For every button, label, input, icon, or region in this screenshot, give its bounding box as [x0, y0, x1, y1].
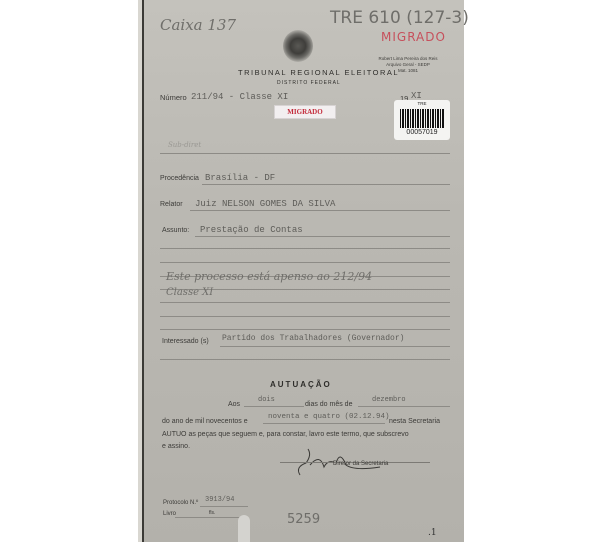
day-line — [244, 406, 304, 407]
blank-line — [160, 248, 450, 249]
barcode-number: 00057019 — [394, 129, 450, 136]
month-line — [358, 406, 450, 407]
relator-line — [190, 210, 450, 211]
assino-text: e assino. — [162, 443, 190, 450]
district-title: DISTRITO FEDERAL — [277, 80, 341, 86]
signer-title: Diretor da Secretaria — [333, 461, 388, 467]
protocolo-label: Protocolo N.º — [163, 500, 198, 506]
protocolo-value: 3913/94 — [205, 496, 234, 504]
relator-label: Relator — [160, 201, 183, 208]
numero-value: 211/94 - Classe XI — [191, 92, 288, 102]
coat-of-arms-icon — [283, 30, 313, 62]
procedencia-value: Brasília - DF — [205, 173, 275, 183]
dias-label: dias do mês de — [305, 401, 352, 408]
year-words-value: noventa e quatro (02.12.94) — [268, 413, 390, 421]
handwritten-reference: TRE 610 (127-3) — [330, 8, 469, 28]
autuacao-title: AUTUAÇÃO — [270, 380, 332, 389]
year-words-line — [263, 423, 385, 424]
handwritten-note-line2: Classe XI — [166, 287, 213, 298]
migrado-sticker: MIGRADO — [274, 105, 336, 119]
interessado-label: Interessado (s) — [162, 338, 209, 345]
faded-scribble: Sub-diret — [168, 141, 201, 149]
handwritten-note-line1: Este processo está apenso ao 212/94 — [166, 270, 372, 283]
blank-line — [160, 302, 450, 303]
aos-label: Aos — [228, 401, 240, 408]
blank-line — [160, 329, 450, 330]
numero-label: Número — [160, 93, 187, 102]
livro-line — [175, 517, 248, 518]
stamp-line: Mat. 1081 — [373, 68, 443, 74]
autuo-text: AUTUO as peças que seguem e, para consta… — [162, 431, 409, 438]
barcode-sticker: TRE 00057019 — [394, 100, 450, 140]
assunto-value: Prestação de Contas — [200, 225, 303, 235]
barcode-icon — [400, 109, 444, 128]
folder-spine — [142, 0, 144, 542]
blank-line — [160, 359, 450, 360]
secretaria-text: nesta Secretaria — [389, 418, 440, 425]
ano-label: do ano de mil novecentos e — [162, 418, 248, 425]
barcode-issuer: TRE — [394, 101, 450, 106]
ink-number: 5259 — [287, 512, 320, 527]
procedencia-label: Procedência — [160, 175, 199, 182]
interessado-line — [220, 346, 450, 347]
interessado-value: Partido dos Trabalhadores (Governador) — [222, 334, 404, 343]
assunto-label: Assunto: — [162, 227, 189, 234]
blank-line — [160, 153, 450, 154]
assunto-line — [195, 236, 450, 237]
corner-mark: .1 — [428, 528, 437, 538]
protocolo-line — [200, 506, 248, 507]
blank-line — [160, 262, 450, 263]
procedencia-line — [202, 184, 450, 185]
day-value: dois — [258, 396, 275, 404]
relator-value: Juiz NELSON GOMES DA SILVA — [195, 199, 335, 209]
handwritten-migrado: MIGRADO — [381, 30, 446, 44]
handwritten-box-number: Caixa 137 — [160, 16, 236, 34]
month-value: dezembro — [372, 396, 406, 404]
archive-stamp: Robert Lima Pereira dos Reis Arquivo Ger… — [373, 56, 443, 74]
blank-line — [160, 316, 450, 317]
fls-label: fls. — [209, 510, 215, 516]
paper-tear — [238, 515, 250, 542]
